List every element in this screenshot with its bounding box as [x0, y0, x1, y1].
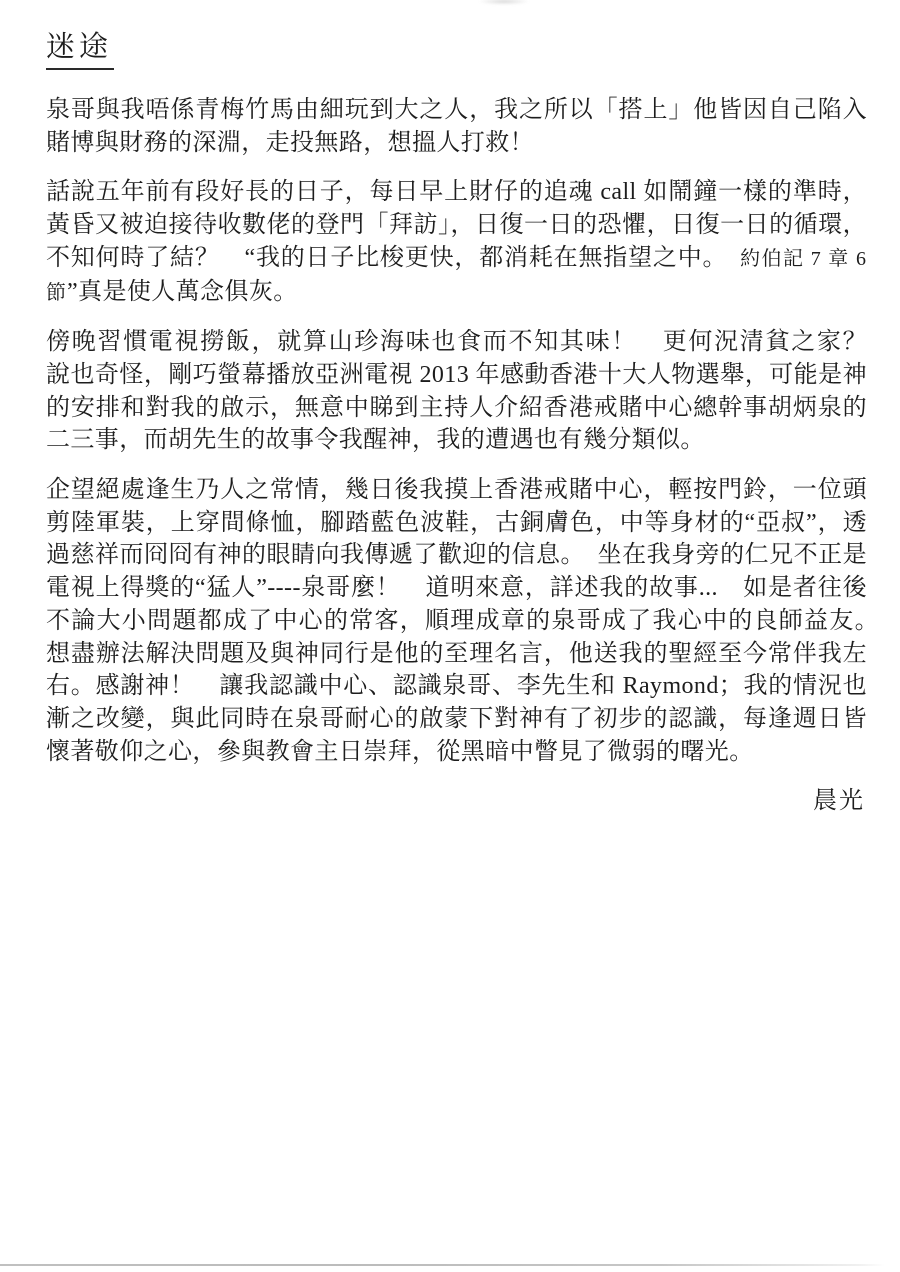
- page-title: 迷途: [46, 24, 867, 70]
- paragraph-2-tail: ”真是使人萬念俱灰。: [67, 279, 298, 305]
- paragraph-4-text: 企望絕處逢生乃人之常情，幾日後我摸上香港戒賭中心，輕按門鈴，一位頭剪陸軍裝，上穿…: [46, 477, 891, 765]
- scan-edge-line-artifact: [0, 1264, 885, 1266]
- document-page: 迷途 泉哥與我唔係青梅竹馬由細玩到大之人，我之所以「搭上」他皆因自己陷入賭博與財…: [0, 0, 900, 1272]
- paragraph-4: 企望絕處逢生乃人之常情，幾日後我摸上香港戒賭中心，輕按門鈴，一位頭剪陸軍裝，上穿…: [46, 474, 867, 768]
- paragraph-1: 泉哥與我唔係青梅竹馬由細玩到大之人，我之所以「搭上」他皆因自己陷入賭博與財務的深…: [46, 94, 867, 159]
- page-title-text: 迷途: [46, 24, 114, 70]
- paragraph-3: 傍晚習慣電視撈飯，就算山珍海味也食而不知其味！ 更何況清貧之家？ 說也奇怪，剛巧…: [46, 326, 867, 457]
- scan-smudge-artifact: [478, 0, 530, 5]
- paragraph-3-text: 傍晚習慣電視撈飯，就算山珍海味也食而不知其味！ 更何況清貧之家？ 說也奇怪，剛巧…: [46, 329, 891, 453]
- signature: 晨光: [46, 785, 867, 818]
- paragraph-1-text: 泉哥與我唔係青梅竹馬由細玩到大之人，我之所以「搭上」他皆因自己陷入賭博與財務的深…: [46, 97, 867, 156]
- paragraph-2: 話說五年前有段好長的日子，每日早上財仔的追魂 call 如鬧鐘一樣的準時，黃昏又…: [46, 176, 867, 309]
